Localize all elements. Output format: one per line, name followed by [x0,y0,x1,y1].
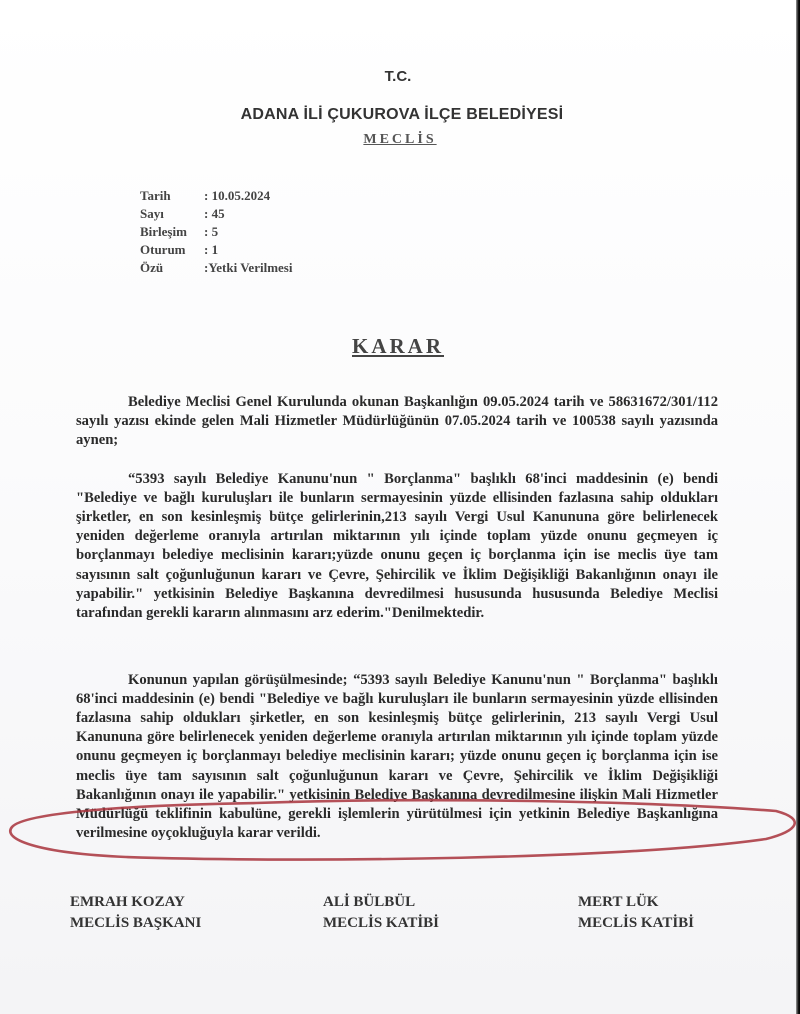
meta-value: :Yetki Verilmesi [204,259,292,277]
meta-row-date: Tarih : 10.05.2024 [140,187,292,205]
signature-chair: EMRAH KOZAY MECLİS BAŞKANI [70,892,201,934]
meta-label: Birleşim [140,223,204,241]
signature-name: EMRAH KOZAY [70,892,201,913]
signature-name: ALİ BÜLBÜL [323,892,439,913]
page-edge-shadow [796,0,800,1014]
signature-name: MERT LÜK [578,892,694,913]
meta-label: Özü [140,259,204,277]
meta-label: Tarih [140,187,204,205]
paragraph-intro: Belediye Meclisi Genel Kurulunda okunan … [76,393,718,451]
paragraph-decision: Konunun yapılan görüşülmesinde; “5393 sa… [76,671,718,844]
meta-block: Tarih : 10.05.2024 Sayı : 45 Birleşim : … [140,187,292,277]
signature-role: MECLİS KATİBİ [578,913,694,934]
document-page: T.C. ADANA İLİ ÇUKUROVA İLÇE BELEDİYESİ … [0,0,796,1014]
meta-value: : 1 [204,241,218,259]
signature-clerk-2: MERT LÜK MECLİS KATİBİ [578,892,694,934]
meta-label: Sayı [140,205,204,223]
header-institution: ADANA İLİ ÇUKUROVA İLÇE BELEDİYESİ [4,106,800,124]
header-body: MECLİS [2,132,798,148]
signature-role: MECLİS BAŞKANI [70,913,201,934]
document-title: KARAR [0,334,796,359]
meta-value: : 10.05.2024 [204,187,270,205]
paragraph-quote: “5393 sayılı Belediye Kanunu'nun " Borçl… [76,470,718,624]
meta-row-number: Sayı : 45 [140,205,292,223]
meta-row-sitting: Oturum : 1 [140,241,292,259]
signature-role: MECLİS KATİBİ [323,913,439,934]
meta-row-session: Birleşim : 5 [140,223,292,241]
meta-label: Oturum [140,241,204,259]
signature-clerk-1: ALİ BÜLBÜL MECLİS KATİBİ [323,892,439,934]
meta-value: : 5 [204,223,218,241]
header-tc: T.C. [0,68,796,85]
meta-value: : 45 [204,205,225,223]
meta-row-subject: Özü :Yetki Verilmesi [140,259,292,277]
